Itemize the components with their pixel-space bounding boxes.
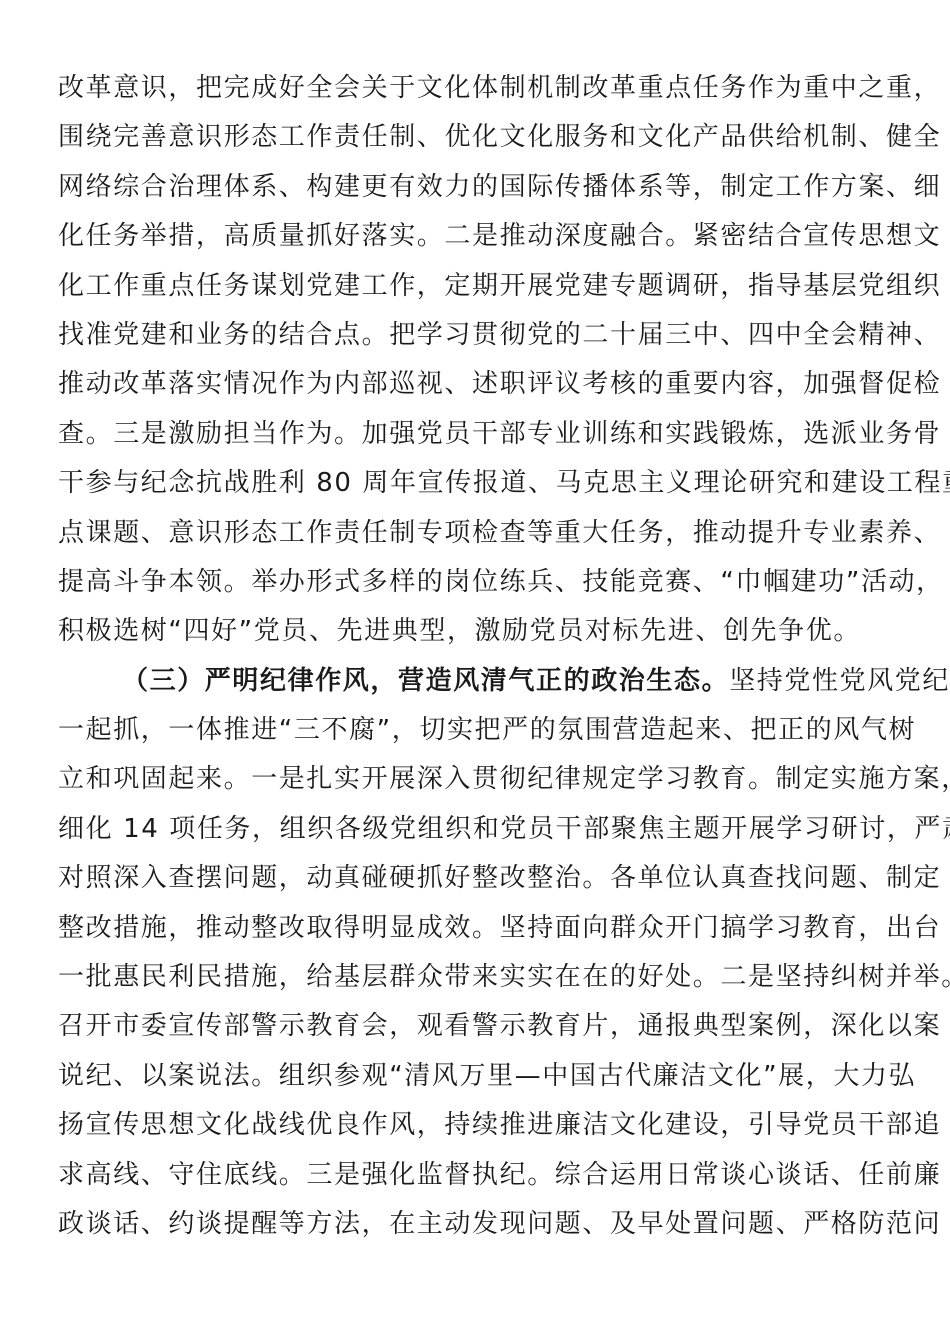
body-line: 改革意识，把完成好全会关于文化体制机制改革重点任务作为重中之重， (58, 64, 894, 113)
body-line: 求高线、守住底线。三是强化监督执纪。综合运用日常谈心谈话、任前廉 (58, 1151, 894, 1200)
body-line: 提高斗争本领。举办形式多样的岗位练兵、技能竞赛、“巾帼建功”活动， (58, 558, 894, 607)
body-line: 说纪、以案说法。组织参观“清风万里—中国古代廉洁文化”展，大力弘 (58, 1052, 894, 1101)
body-line: 立和巩固起来。一是扎实开展深入贯彻纪律规定学习教育。制定实施方案， (58, 755, 894, 804)
body-line: 查。三是激励担当作为。加强党员干部专业训练和实践锻炼，选派业务骨 (58, 410, 894, 459)
body-line: 对照深入查摆问题，动真碰硬抓好整改整治。各单位认真查找问题、制定 (58, 854, 894, 903)
body-line: 召开市委宣传部警示教育会，观看警示教育片，通报典型案例，深化以案 (58, 1002, 894, 1051)
body-line: 围绕完善意识形态工作责任制、优化文化服务和文化产品供给机制、健全 (58, 113, 894, 162)
body-line: 一起抓，一体推进“三不腐”，切实把严的氛围营造起来、把正的风气树 (58, 706, 894, 755)
body-line: 找准党建和业务的结合点。把学习贯彻党的二十届三中、四中全会精神、 (58, 311, 894, 360)
body-line: 化工作重点任务谋划党建工作，定期开展党建专题调研，指导基层党组织 (58, 262, 894, 311)
section-heading-line: （三）严明纪律作风，营造风清气正的政治生态。坚持党性党风党纪 (58, 657, 894, 706)
body-line: 点课题、意识形态工作责任制专项检查等重大任务，推动提升专业素养、 (58, 509, 894, 558)
section-heading-tail: 坚持党性党风党纪 (729, 666, 950, 696)
document-page: 改革意识，把完成好全会关于文化体制机制改革重点任务作为重中之重， 围绕完善意识形… (58, 64, 894, 1249)
body-line: 整改措施，推动整改取得明显成效。坚持面向群众开门搞学习教育，出台 (58, 904, 894, 953)
body-line: 细化 14 项任务，组织各级党组织和党员干部聚焦主题开展学习研讨，严肃 (58, 805, 894, 854)
body-line: 政谈话、约谈提醒等方法，在主动发现问题、及早处置问题、严格防范问 (58, 1200, 894, 1249)
body-line: 网络综合治理体系、构建更有效力的国际传播体系等，制定工作方案、细 (58, 163, 894, 212)
body-line: 推动改革落实情况作为内部巡视、述职评议考核的重要内容，加强督促检 (58, 360, 894, 409)
section-heading: （三）严明纪律作风，营造风清气正的政治生态。 (122, 666, 729, 696)
body-line: 化任务举措，高质量抓好落实。二是推动深度融合。紧密结合宣传思想文 (58, 212, 894, 261)
body-line: 扬宣传思想文化战线优良作风，持续推进廉洁文化建设，引导党员干部追 (58, 1101, 894, 1150)
body-line: 干参与纪念抗战胜利 80 周年宣传报道、马克思主义理论研究和建设工程重 (58, 459, 894, 508)
body-line: 积极选树“四好”党员、先进典型，激励党员对标先进、创先争优。 (58, 607, 894, 656)
body-line: 一批惠民利民措施，给基层群众带来实实在在的好处。二是坚持纠树并举。 (58, 953, 894, 1002)
